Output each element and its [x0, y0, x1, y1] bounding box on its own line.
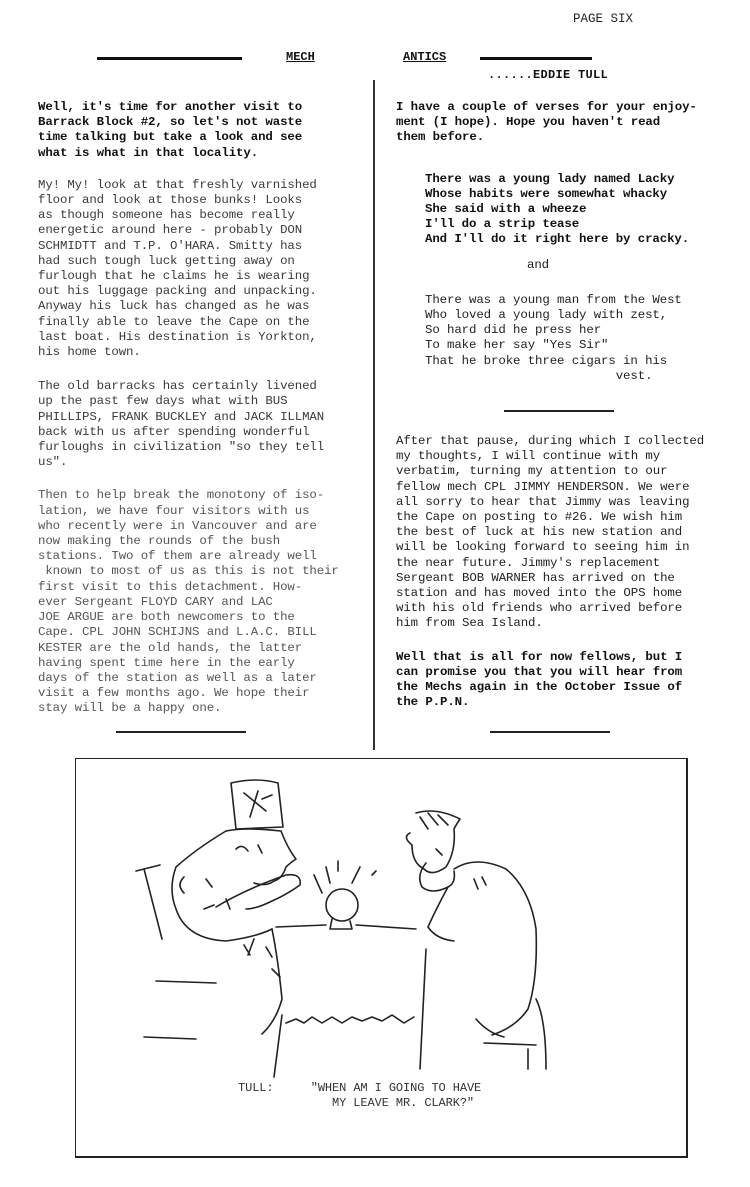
- heading-mech: MECH: [286, 50, 315, 64]
- left-paragraph-2: My! My! look at that freshly varnished f…: [38, 178, 358, 360]
- poem-2: There was a young man from the West Who …: [396, 293, 750, 384]
- poem-separator: and: [396, 258, 750, 273]
- left-end-rule: [116, 731, 246, 733]
- crystal-ball-rays: [314, 861, 376, 893]
- header-rule-left: [97, 57, 242, 60]
- author-byline: ......EDDIE TULL: [488, 68, 608, 82]
- heading-antics: ANTICS: [403, 50, 446, 64]
- right-paragraph-1: After that pause, during which I collect…: [396, 434, 750, 632]
- right-column-lower: After that pause, during which I collect…: [396, 434, 750, 710]
- left-paragraph-4: Then to help break the monotony of iso- …: [38, 488, 358, 716]
- caption-line-1: "WHEN AM I GOING TO HAVE: [311, 1081, 481, 1095]
- page-number: PAGE SIX: [573, 12, 633, 26]
- right-column: I have a couple of verses for your enjoy…: [396, 100, 750, 384]
- tablecloth-fringe: [286, 1015, 414, 1023]
- column-divider: [373, 80, 375, 750]
- right-intro: I have a couple of verses for your enjoy…: [396, 100, 750, 146]
- header-rule-right: [480, 57, 592, 60]
- left-paragraph-1: Well, it's time for another visit to Bar…: [38, 100, 358, 161]
- right-paragraph-2: Well that is all for now fellows, but I …: [396, 650, 750, 711]
- seated-man-body: [454, 862, 536, 1035]
- poem-1: There was a young lady named Lacky Whose…: [396, 172, 750, 248]
- caption-speaker: TULL:: [238, 1081, 274, 1095]
- right-end-rule: [490, 731, 610, 733]
- seated-man-hand: [420, 863, 455, 891]
- cartoon-frame: TULL: "WHEN AM I GOING TO HAVE MY LEAVE …: [75, 758, 688, 1158]
- left-column: Well, it's time for another visit to Bar…: [38, 100, 358, 732]
- caption-line-2: MY LEAVE MR. CLARK?": [332, 1096, 474, 1110]
- left-paragraph-3: The old barracks has certainly livened u…: [38, 379, 358, 470]
- poem-end-rule: [504, 410, 614, 412]
- fortune-teller-head: [226, 829, 296, 885]
- cartoon-caption: TULL: "WHEN AM I GOING TO HAVE MY LEAVE …: [238, 1081, 481, 1111]
- crystal-ball: [326, 889, 358, 921]
